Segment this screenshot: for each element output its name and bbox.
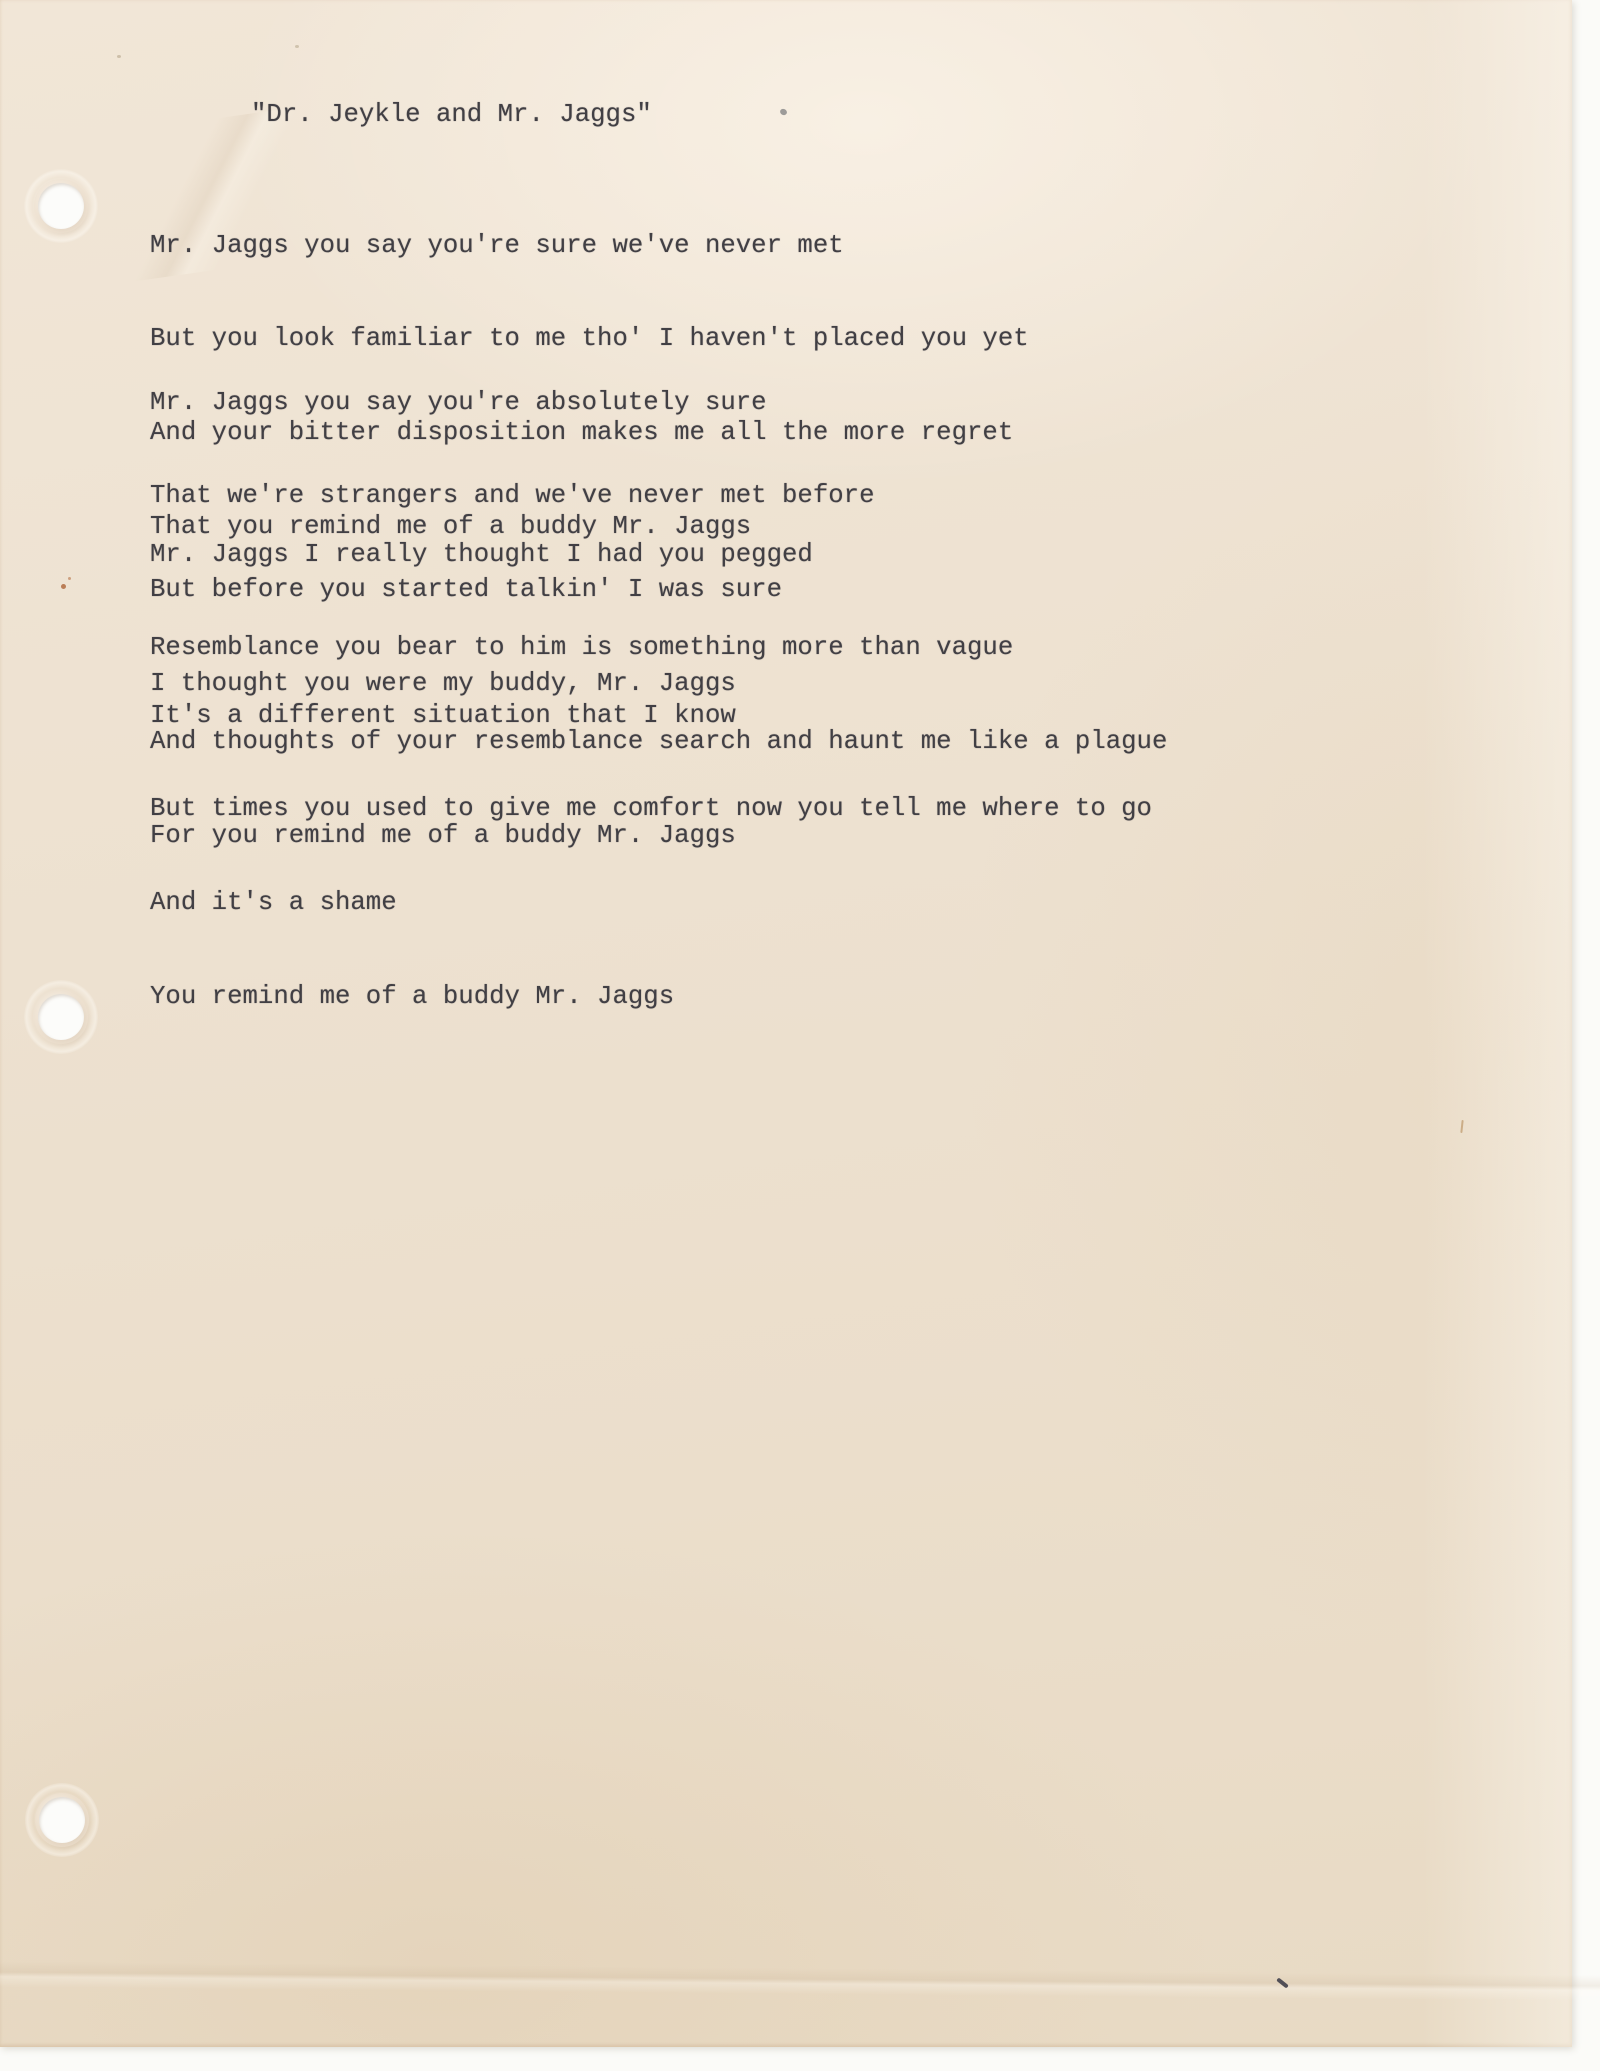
paper-speck — [295, 45, 299, 48]
lyric-line: And it's a shame — [150, 887, 1152, 918]
punch-hole-middle — [38, 994, 84, 1040]
scanner-background-right — [1572, 0, 1600, 2071]
scanner-background-bottom — [0, 2047, 1600, 2071]
punch-hole-bottom — [39, 1797, 85, 1843]
lyric-line: Mr. Jaggs you say you're absolutely sure — [150, 387, 875, 418]
paper-speck — [61, 584, 66, 589]
paper-sheet: "Dr. Jeykle and Mr. Jaggs" Mr. Jaggs you… — [0, 0, 1572, 2047]
lyric-line: You remind me of a buddy Mr. Jaggs — [150, 981, 1152, 1012]
paper-scratch-mark — [1460, 1120, 1463, 1133]
scanned-page: "Dr. Jeykle and Mr. Jaggs" Mr. Jaggs you… — [0, 0, 1600, 2071]
punch-hole-top — [38, 183, 84, 229]
paper-speck — [779, 108, 788, 116]
lyric-line: Mr. Jaggs you say you're sure we've neve… — [150, 230, 1029, 261]
pen-mark — [1276, 1977, 1289, 1988]
stanza-4: It's a different situation that I know B… — [150, 637, 1152, 1075]
song-title: "Dr. Jeykle and Mr. Jaggs" — [251, 99, 652, 130]
paper-crease — [0, 1961, 1600, 2001]
paper-speck — [68, 577, 71, 580]
lyric-line: Mr. Jaggs I really thought I had you peg… — [150, 539, 1167, 570]
paper-speck — [117, 55, 121, 58]
lyric-line: It's a different situation that I know — [150, 700, 1152, 731]
lyric-line: But times you used to give me comfort no… — [150, 793, 1152, 824]
